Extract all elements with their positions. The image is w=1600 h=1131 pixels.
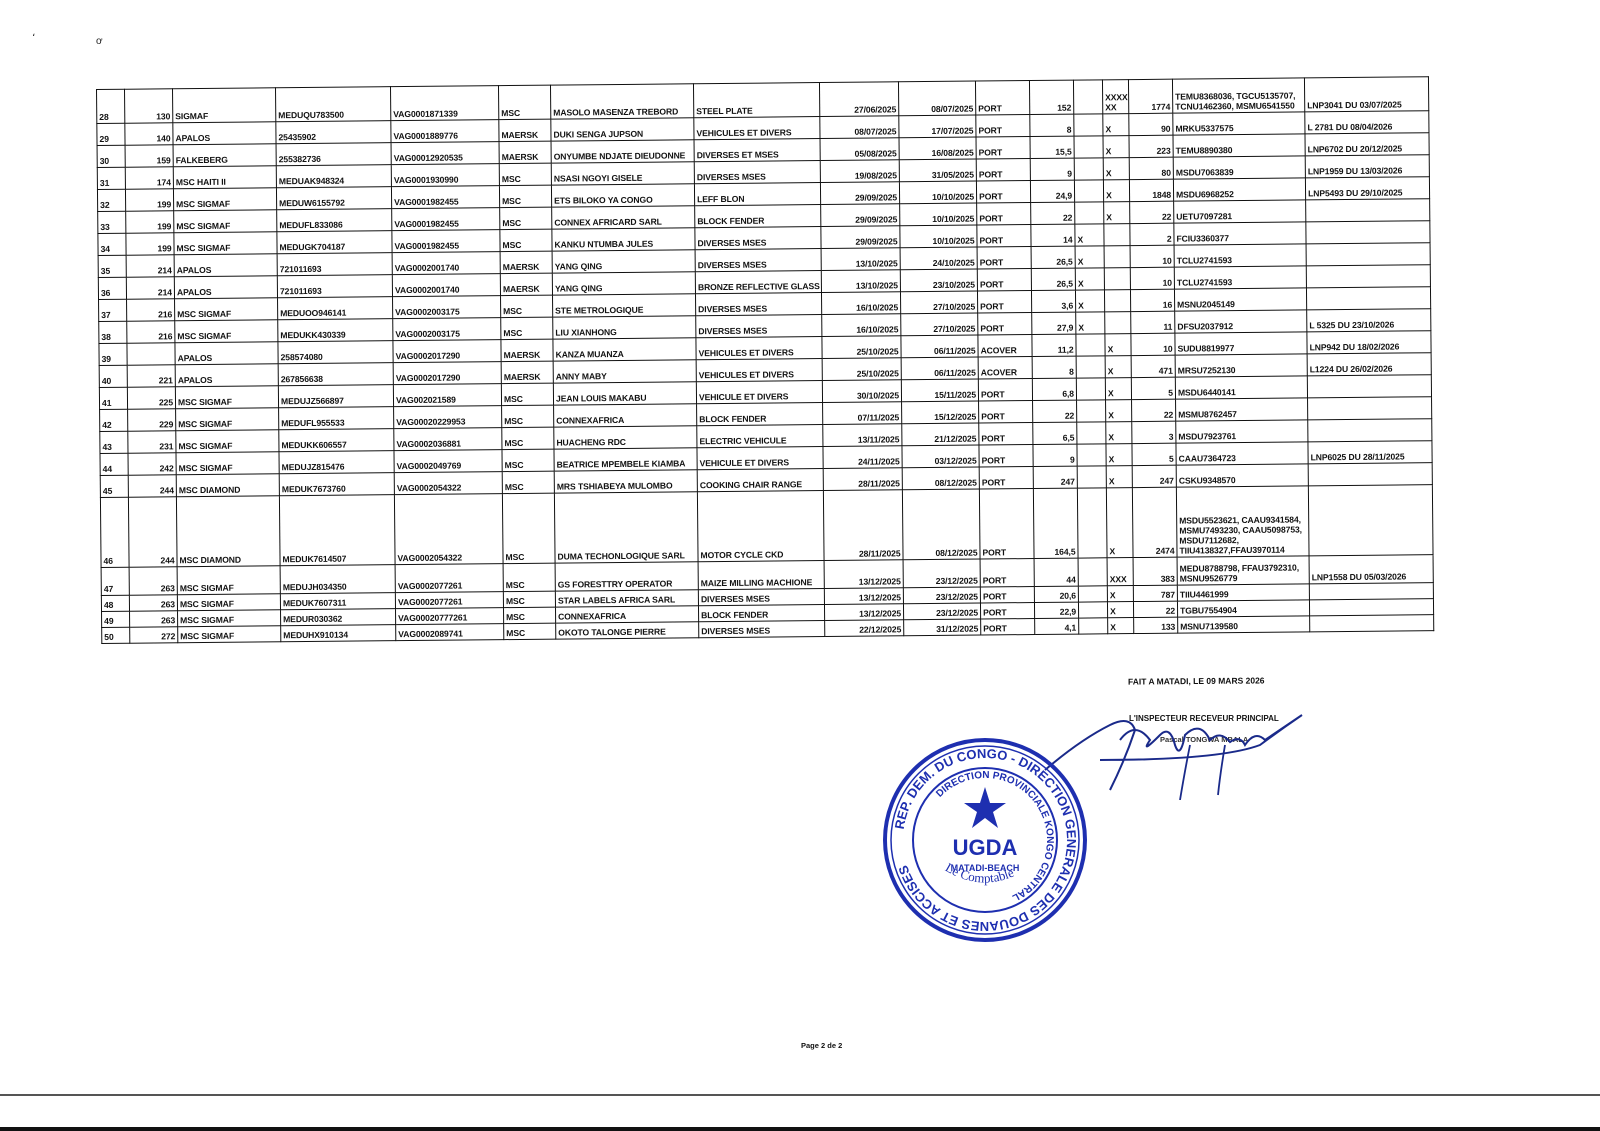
cell-vag: VAG00020777261	[396, 608, 504, 625]
cell-no	[127, 343, 175, 365]
cell-date1: 07/11/2025	[823, 402, 902, 425]
cell-vessel: MSC SIGMAF	[178, 610, 281, 627]
cell-qty: 10	[1130, 245, 1174, 267]
cell-x2: X	[1106, 400, 1132, 422]
cell-x1	[1076, 356, 1105, 378]
cell-containers: MSDU6440141	[1175, 376, 1307, 399]
cell-containers: FCIU3360377	[1174, 222, 1306, 245]
cell-place: PORT	[979, 401, 1033, 424]
cell-x2: X	[1107, 602, 1133, 618]
cell-n: 45	[100, 475, 128, 497]
cell-x1: X	[1075, 268, 1104, 290]
cell-qty: 22	[1130, 201, 1174, 223]
cell-ref	[1307, 375, 1431, 398]
cell-vag: VAG0002017290	[393, 340, 501, 363]
cell-date1: 22/12/2025	[825, 620, 904, 637]
cell-date2: 31/12/2025	[904, 619, 981, 636]
cell-vag: VAG0001982455	[391, 186, 499, 209]
cell-n: 42	[100, 409, 128, 431]
cell-no: 140	[125, 123, 173, 145]
cell-x1	[1078, 602, 1107, 618]
cell-date1: 30/10/2025	[822, 380, 901, 403]
cell-place: PORT	[979, 489, 1034, 560]
cell-vag: VAG0002017290	[393, 362, 501, 385]
cell-goods: DIVERSES MSES	[699, 621, 825, 638]
cell-bl: 25435902	[276, 121, 391, 144]
cell-x1	[1075, 202, 1104, 224]
cell-x2: X	[1108, 618, 1134, 634]
cell-place: PORT	[980, 587, 1034, 604]
cell-bl: MEDUAK948324	[276, 165, 391, 188]
cell-vessel: MSC SIGMAF	[175, 386, 278, 409]
cell-containers: TCLU2741593	[1174, 266, 1306, 289]
cell-vessel: MSC SIGMAF	[173, 188, 276, 211]
cell-place: PORT	[978, 379, 1032, 402]
cell-line: MSC	[498, 85, 550, 119]
cell-line: MSC	[504, 623, 556, 639]
cell-weight: 3,6	[1031, 290, 1075, 312]
cell-vessel: MSC DIAMOND	[176, 496, 280, 567]
cell-line: MSC	[502, 493, 555, 563]
cell-line: MAERSK	[501, 361, 553, 383]
cell-line: MSC	[503, 563, 555, 591]
cell-x2: XXXX XX	[1102, 80, 1128, 114]
cell-bl: MEDUKK606557	[279, 429, 394, 452]
cell-place: PORT	[976, 137, 1030, 160]
cell-vessel: APALOS	[174, 254, 277, 277]
cell-vag: VAG0002054322	[394, 472, 502, 495]
cell-x2: X	[1105, 356, 1131, 378]
cell-n: 29	[97, 123, 125, 145]
cell-weight: 6,8	[1032, 378, 1076, 400]
cell-consignee: OKOTO TALONGE PIERRE	[556, 622, 699, 639]
cell-goods: BRONZE REFLECTIVE GLASS	[695, 271, 821, 294]
cell-weight: 11,2	[1032, 334, 1076, 356]
cell-place: PORT	[979, 445, 1033, 468]
scan-edge-line	[0, 1094, 1600, 1096]
cell-date2: 08/12/2025	[902, 489, 980, 560]
cell-ref	[1309, 583, 1433, 600]
cell-x1	[1074, 136, 1103, 158]
cell-date1: 16/10/2025	[822, 314, 901, 337]
place-date: FAIT A MATADI, LE 09 MARS 2026	[1128, 675, 1265, 686]
cell-x2: X	[1103, 158, 1129, 180]
cell-goods: BLOCK FENDER	[698, 605, 824, 622]
cell-date1: 29/09/2025	[821, 204, 900, 227]
cell-containers: MSDU7923761	[1176, 420, 1308, 443]
cell-weight: 15,5	[1030, 136, 1074, 158]
cell-x2: X	[1106, 466, 1132, 488]
cell-date1: 13/12/2025	[824, 604, 903, 621]
cell-vessel: APALOS	[174, 276, 277, 299]
cell-bl: MEDUHX910134	[281, 625, 396, 642]
cell-date1: 25/10/2025	[822, 358, 901, 381]
cell-weight: 22	[1033, 400, 1077, 422]
cell-ref: L1224 DU 26/02/2026	[1307, 353, 1431, 376]
cell-date2: 08/12/2025	[902, 467, 979, 490]
cell-consignee: DUKI SENGA JUPSON	[551, 118, 694, 141]
cell-qty: 1774	[1128, 79, 1172, 113]
cell-bl: MEDUK7673760	[279, 473, 394, 496]
cell-date1: 25/10/2025	[822, 336, 901, 359]
cell-place: PORT	[977, 269, 1031, 292]
cell-date2: 16/08/2025	[899, 137, 976, 160]
cell-line: MSC	[503, 591, 555, 607]
cell-goods: ELECTRIC VEHICULE	[697, 425, 823, 448]
cell-x2: X	[1106, 422, 1132, 444]
cell-ref: LNP6025 DU 28/11/2025	[1308, 441, 1432, 464]
cell-date2: 15/11/2025	[901, 379, 978, 402]
cell-qty: 22	[1132, 399, 1176, 421]
cell-vessel: MSC SIGMAF	[176, 430, 279, 453]
cell-line: MAERSK	[500, 251, 552, 273]
cell-no: 130	[125, 89, 173, 123]
cell-x1	[1074, 158, 1103, 180]
cell-x1: X	[1075, 224, 1104, 246]
cell-weight: 24,9	[1030, 180, 1074, 202]
cell-goods: DIVERSES MSES	[698, 589, 824, 606]
cell-bl: 267856638	[278, 363, 393, 386]
cell-qty: 247	[1132, 465, 1176, 487]
cell-containers: CSKU9348570	[1176, 464, 1308, 487]
cell-line: MAERSK	[499, 119, 551, 141]
cell-consignee: GS FORESTTRY OPERATOR	[555, 562, 698, 591]
scan-edge-bar	[0, 1127, 1600, 1131]
cell-ref	[1306, 287, 1430, 310]
cell-vessel: APALOS	[175, 342, 278, 365]
customs-stamp-icon: REP. DEM. DU CONGO - DIRECTION GENERALE …	[880, 735, 1090, 945]
table-body: 28130SIGMAFMEDUQU783500VAG0001871339MSCM…	[97, 77, 1434, 644]
page-number: Page 2 de 2	[801, 1041, 842, 1050]
cell-ref	[1308, 397, 1432, 420]
cell-goods: LEFF BLON	[694, 183, 820, 206]
cell-line: MSC	[499, 163, 551, 185]
cell-consignee: ETS BILOKO YA CONGO	[551, 184, 694, 207]
cell-x2	[1104, 224, 1130, 246]
cell-x2	[1104, 268, 1130, 290]
cell-qty: 10	[1130, 267, 1174, 289]
cell-ref: LNP3041 DU 03/07/2025	[1304, 77, 1428, 112]
cell-place: PORT	[979, 423, 1033, 446]
cell-date2: 06/11/2025	[901, 335, 978, 358]
cell-vag: VAG0002049769	[394, 450, 502, 473]
cell-containers: MSDU7063839	[1173, 156, 1305, 179]
cell-x1	[1077, 422, 1106, 444]
cell-goods: BLOCK FENDER	[695, 205, 821, 228]
cell-no: 221	[127, 365, 175, 387]
cell-containers: MRSU7252130	[1175, 354, 1307, 377]
cell-goods: DIVERSES ET MSES	[694, 139, 820, 162]
cell-date2: 27/10/2025	[900, 291, 977, 314]
cell-date2: 10/10/2025	[899, 181, 976, 204]
cell-containers: MSNU2045149	[1174, 288, 1306, 311]
cell-weight: 44	[1034, 558, 1078, 586]
cell-containers: MSDU5523621, CAAU9341584, MSMU7493230, C…	[1176, 486, 1309, 557]
cell-weight: 9	[1033, 444, 1077, 466]
cell-qty: 133	[1134, 617, 1178, 633]
cell-n: 38	[99, 321, 127, 343]
cell-qty: 223	[1129, 135, 1173, 157]
cell-bl: 721011693	[277, 253, 392, 276]
cell-ref	[1308, 463, 1432, 486]
cell-line: MAERSK	[501, 339, 553, 361]
cell-place: ACOVER	[978, 335, 1032, 358]
cell-ref	[1306, 199, 1430, 222]
cell-x2	[1104, 246, 1130, 268]
cell-goods: DIVERSES MSES	[695, 249, 821, 272]
cell-date2: 24/10/2025	[900, 247, 977, 270]
cell-x1	[1074, 114, 1103, 136]
cell-consignee: MASOLO MASENZA TREBORD	[550, 84, 693, 119]
cell-n: 46	[100, 497, 129, 567]
cell-qty: 787	[1133, 585, 1177, 601]
cell-x1	[1077, 488, 1107, 558]
cell-weight: 9	[1030, 158, 1074, 180]
cell-consignee: KANKU NTUMBA JULES	[552, 228, 695, 251]
cell-x2: X	[1107, 586, 1133, 602]
cell-goods: MOTOR CYCLE CKD	[697, 491, 824, 562]
cell-vessel: MSC SIGMAF	[178, 626, 281, 643]
cell-ref: LNP1558 DU 05/03/2026	[1309, 555, 1433, 584]
cell-qty: 471	[1131, 355, 1175, 377]
cell-x2: X	[1106, 488, 1133, 558]
cell-no: 229	[128, 409, 176, 431]
cell-place: PORT	[977, 291, 1031, 314]
cell-ref: LNP942 DU 18/02/2026	[1307, 331, 1431, 354]
cell-bl: 255382736	[276, 143, 391, 166]
cell-line: MSC	[501, 317, 553, 339]
cell-vag: VAG0002077261	[395, 592, 503, 609]
cell-no: 263	[129, 595, 177, 611]
cell-no: 214	[126, 255, 174, 277]
cell-date2: 10/10/2025	[900, 225, 977, 248]
cell-vag: VAG002021589	[393, 384, 501, 407]
cell-qty: 2	[1130, 223, 1174, 245]
cell-vag: VAG0002089741	[396, 624, 504, 641]
cell-no: 263	[129, 567, 177, 595]
cell-date1: 13/10/2025	[821, 248, 900, 271]
cell-ref	[1310, 615, 1434, 632]
cell-date1: 28/11/2025	[823, 468, 902, 491]
cell-n: 43	[100, 431, 128, 453]
cell-weight: 22	[1031, 202, 1075, 224]
cell-ref	[1306, 243, 1430, 266]
cell-qty: 5	[1131, 377, 1175, 399]
cell-date1: 13/12/2025	[824, 588, 903, 605]
cell-consignee: CONNEX AFRICARD SARL	[552, 206, 695, 229]
cell-n: 50	[102, 627, 130, 643]
cell-consignee: CONNEXAFRICA	[555, 606, 698, 623]
cell-date1: 13/12/2025	[824, 560, 903, 589]
cell-vessel: MSC SIGMAF	[177, 594, 280, 611]
cell-vessel: MSC SIGMAF	[175, 320, 278, 343]
cell-no: 199	[125, 189, 173, 211]
cell-goods: VEHICULES ET DIVERS	[696, 359, 822, 382]
cell-consignee: YANG QING	[552, 272, 695, 295]
cell-date1: 19/08/2025	[820, 160, 899, 183]
cell-n: 48	[101, 595, 129, 611]
cell-goods: DIVERSES MSES	[695, 293, 821, 316]
cell-x2: X	[1103, 136, 1129, 158]
cell-date1: 13/11/2025	[823, 424, 902, 447]
cell-x1	[1076, 334, 1105, 356]
cell-place: PORT	[980, 559, 1034, 588]
cell-containers: MSMU8762457	[1176, 398, 1308, 421]
cell-line: MSC	[502, 427, 554, 449]
cell-vag: VAG0002077261	[395, 564, 503, 593]
cell-no: 244	[128, 475, 176, 497]
cell-vag: VAG0002001740	[392, 252, 500, 275]
cell-bl: MEDUJZ815476	[279, 451, 394, 474]
cell-consignee: KANZA MUANZA	[553, 338, 696, 361]
cell-weight: 14	[1031, 224, 1075, 246]
cell-containers: UETU7097281	[1174, 200, 1306, 223]
cell-bl: 258574080	[278, 341, 393, 364]
cell-x2: X	[1106, 444, 1132, 466]
cell-n: 39	[99, 343, 127, 365]
cell-goods: VEHICULES ET DIVERS	[694, 117, 820, 140]
cell-ref: LNP6702 DU 20/12/2025	[1305, 133, 1429, 156]
cell-n: 35	[98, 255, 126, 277]
cell-line: MSC	[502, 449, 554, 471]
cell-containers: TCLU2741593	[1174, 244, 1306, 267]
cell-date1: 27/06/2025	[819, 82, 898, 117]
cell-vag: VAG0002036881	[394, 428, 502, 451]
cell-vag: VAG0001982455	[392, 230, 500, 253]
cell-bl: MEDUFL955533	[279, 407, 394, 430]
cell-place: PORT	[975, 81, 1029, 116]
cell-n: 28	[97, 89, 125, 123]
cell-x1	[1076, 378, 1105, 400]
cell-containers: TGBU7554904	[1177, 600, 1309, 617]
cell-no: 159	[125, 145, 173, 167]
cell-bl: MEDUFL833086	[277, 209, 392, 232]
cell-date2: 27/10/2025	[901, 313, 978, 336]
cell-no: 214	[126, 277, 174, 299]
cell-n: 30	[97, 145, 125, 167]
cell-weight: 6,5	[1033, 422, 1077, 444]
cell-vag: VAG0002003175	[393, 296, 501, 319]
cell-x1	[1078, 558, 1107, 586]
cell-weight: 27,9	[1032, 312, 1076, 334]
cell-consignee: STAR LABELS AFRICA SARL	[555, 590, 698, 607]
cell-no: 199	[126, 233, 174, 255]
cell-vag: VAG0002003175	[393, 318, 501, 341]
cell-containers: MEDU8788798, FFAU3792310, MSNU9526779	[1177, 556, 1309, 585]
cell-bl: MEDUKK430339	[278, 319, 393, 342]
cell-line: MSC	[500, 207, 552, 229]
cell-vag: VAG0002001740	[392, 274, 500, 297]
cell-n: 32	[97, 189, 125, 211]
cell-goods: DIVERSES MSES	[696, 315, 822, 338]
cell-ref: L 5325 DU 23/10/2026	[1307, 309, 1431, 332]
cell-no: 174	[125, 167, 173, 189]
cell-line: MSC	[503, 607, 555, 623]
cell-consignee: JEAN LOUIS MAKABU	[553, 382, 696, 405]
cell-vessel: APALOS	[175, 364, 278, 387]
cell-containers: MSNU7139580	[1178, 616, 1310, 633]
cell-x1	[1077, 400, 1106, 422]
scan-speck: ơ	[96, 36, 103, 47]
cell-n: 33	[98, 211, 126, 233]
cell-n: 44	[100, 453, 128, 475]
cell-weight: 8	[1030, 114, 1074, 136]
cell-x2: X	[1104, 202, 1130, 224]
cell-x2: X	[1103, 180, 1129, 202]
cell-goods: BLOCK FENDER	[697, 403, 823, 426]
cell-no: 231	[128, 431, 176, 453]
cell-no: 272	[130, 627, 178, 643]
cell-vag: VAG0001982455	[392, 208, 500, 231]
cell-qty: 2474	[1132, 487, 1177, 557]
cell-no: 244	[128, 497, 177, 567]
cell-date1: 16/10/2025	[821, 292, 900, 315]
cell-weight: 8	[1032, 356, 1076, 378]
cell-date1: 24/11/2025	[823, 446, 902, 469]
cell-line: MSC	[500, 229, 552, 251]
cell-bl: MEDUOO946141	[278, 297, 393, 320]
cell-x1	[1078, 586, 1107, 602]
cell-consignee: STE METROLOGIQUE	[552, 294, 695, 317]
cell-line: MAERSK	[499, 141, 551, 163]
cell-containers: TIIU4461999	[1177, 584, 1309, 601]
cell-consignee: ONYUMBE NDJATE DIEUDONNE	[551, 140, 694, 163]
cell-place: PORT	[979, 467, 1033, 490]
cell-goods: DIVERSES MSES	[695, 227, 821, 250]
cell-date2: 21/12/2025	[902, 423, 979, 446]
cell-bl: MEDUK7607311	[280, 593, 395, 610]
cell-vag: VAG0001930990	[391, 164, 499, 187]
cell-goods: MAIZE MILLING MACHIONE	[698, 561, 824, 590]
cell-date2: 06/11/2025	[901, 357, 978, 380]
cell-date2: 31/05/2025	[899, 159, 976, 182]
cell-weight: 26,5	[1031, 268, 1075, 290]
cell-containers: SUDU8819977	[1175, 332, 1307, 355]
cell-vessel: SIGMAF	[173, 88, 276, 123]
cell-line: MSC	[502, 405, 554, 427]
cell-date1: 13/10/2025	[821, 270, 900, 293]
cell-consignee: MRS TSHIABEYA MULOMBO	[554, 470, 697, 493]
cell-place: PORT	[977, 225, 1031, 248]
cell-no: 263	[130, 611, 178, 627]
cell-goods: VEHICULE ET DIVERS	[696, 381, 822, 404]
cell-weight: 152	[1029, 80, 1073, 114]
cell-bl: MEDUJZ566897	[278, 385, 393, 408]
cell-vessel: MSC SIGMAF	[175, 298, 278, 321]
cell-weight: 26,5	[1031, 246, 1075, 268]
cell-n: 41	[99, 387, 127, 409]
cell-goods: VEHICULE ET DIVERS	[697, 447, 823, 470]
cell-vag: VAG0002054322	[394, 494, 503, 565]
cell-ref	[1306, 265, 1430, 288]
cell-vessel: MSC SIGMAF	[174, 210, 277, 233]
cell-x1	[1079, 618, 1108, 634]
cell-consignee: DUMA TECHONLOGIQUE SARL	[554, 492, 698, 563]
cell-consignee: ANNY MABY	[553, 360, 696, 383]
cell-x1: X	[1075, 246, 1104, 268]
cell-qty: 10	[1131, 333, 1175, 355]
cell-no: 216	[127, 299, 175, 321]
cell-vag: VAG00012920535	[391, 142, 499, 165]
cell-consignee: CONNEXAFRICA	[554, 404, 697, 427]
cell-date2: 23/12/2025	[903, 587, 980, 604]
cell-vag: VAG0001871339	[390, 86, 498, 121]
cell-ref	[1308, 419, 1432, 442]
cell-line: MAERSK	[500, 273, 552, 295]
cell-bl: MEDUR030362	[281, 609, 396, 626]
cell-qty: 80	[1129, 157, 1173, 179]
cell-line: MSC	[501, 295, 553, 317]
